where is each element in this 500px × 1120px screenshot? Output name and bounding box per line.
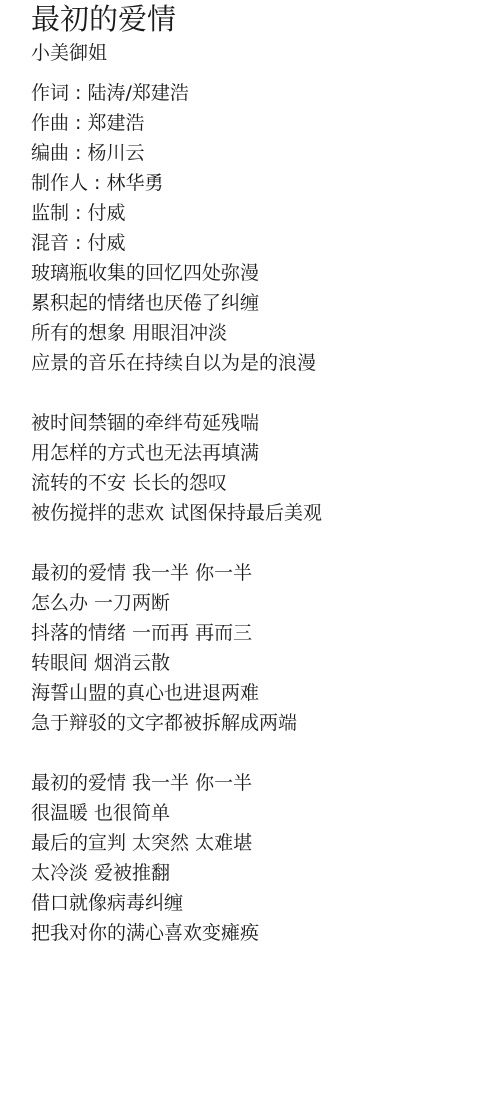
credit-line: 作曲 : 郑建浩	[31, 108, 322, 138]
lyric-line: 所有的想象 用眼泪冲淡	[31, 318, 322, 348]
lyric-line: 急于辩驳的文字都被拆解成两端	[31, 708, 322, 738]
credit-line: 混音 : 付威	[31, 228, 322, 258]
blank-line	[31, 528, 322, 558]
lyric-line: 海誓山盟的真心也进退两难	[31, 678, 322, 708]
credit-line: 编曲 : 杨川云	[31, 138, 322, 168]
lyrics-body: 作词 : 陆涛/郑建浩 作曲 : 郑建浩 编曲 : 杨川云 制作人 : 林华勇 …	[31, 78, 322, 948]
lyric-line: 应景的音乐在持续自以为是的浪漫	[31, 348, 322, 378]
lyric-line: 最后的宣判 太突然 太难堪	[31, 828, 322, 858]
lyric-line: 被时间禁锢的牵绊苟延残喘	[31, 408, 322, 438]
blank-line	[31, 738, 322, 768]
credit-line: 制作人 : 林华勇	[31, 168, 322, 198]
song-title: 最初的爱情	[31, 0, 176, 38]
blank-line	[31, 378, 322, 408]
lyric-line: 把我对你的满心喜欢变瘫痪	[31, 918, 322, 948]
lyric-line: 很温暖 也很简单	[31, 798, 322, 828]
lyric-line: 流转的不安 长长的怨叹	[31, 468, 322, 498]
lyric-line: 用怎样的方式也无法再填满	[31, 438, 322, 468]
lyric-line: 最初的爱情 我一半 你一半	[31, 768, 322, 798]
lyric-line: 玻璃瓶收集的回忆四处弥漫	[31, 258, 322, 288]
lyric-line: 被伤搅拌的悲欢 试图保持最后美观	[31, 498, 322, 528]
lyric-line: 抖落的情绪 一而再 再而三	[31, 618, 322, 648]
lyric-line: 太冷淡 爱被推翻	[31, 858, 322, 888]
song-artist: 小美御姐	[31, 38, 107, 68]
credit-line: 作词 : 陆涛/郑建浩	[31, 78, 322, 108]
lyric-line: 怎么办 一刀两断	[31, 588, 322, 618]
lyric-line: 借口就像病毒纠缠	[31, 888, 322, 918]
lyric-line: 最初的爱情 我一半 你一半	[31, 558, 322, 588]
lyric-line: 累积起的情绪也厌倦了纠缠	[31, 288, 322, 318]
lyric-line: 转眼间 烟消云散	[31, 648, 322, 678]
credit-line: 监制 : 付威	[31, 198, 322, 228]
